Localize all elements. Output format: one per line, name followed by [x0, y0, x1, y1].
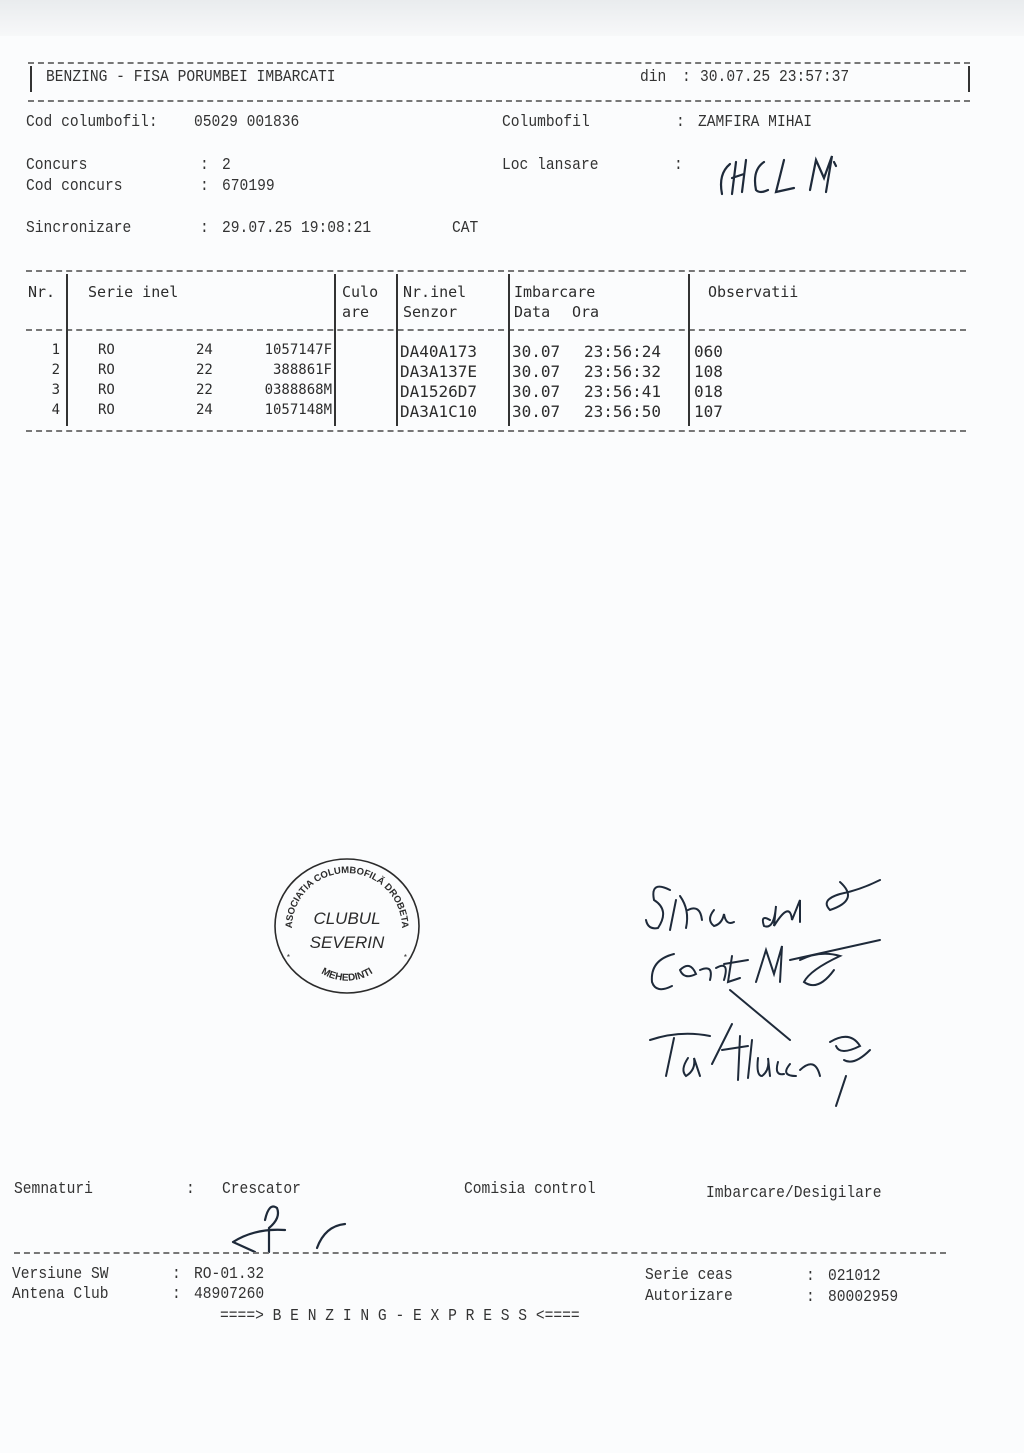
- columbofil-label: Columbofil: [502, 113, 590, 132]
- sincronizare-sep: :: [200, 219, 209, 238]
- th-culoare: Culo: [342, 283, 378, 301]
- th-serie-inel: Serie inel: [88, 283, 178, 301]
- benzing-express-banner: ====> B E N Z I N G - E X P R E S S <===…: [220, 1307, 580, 1326]
- loc-lansare-sep: :: [674, 156, 683, 175]
- loc-lansare-handwritten: [712, 150, 912, 200]
- cell-year: 22: [196, 362, 220, 378]
- cell-ora: 23:56:50: [584, 402, 688, 421]
- columbofil-sep: :: [676, 113, 685, 132]
- antena-sep: :: [172, 1285, 181, 1304]
- antena-label: Antena Club: [12, 1285, 109, 1304]
- cell-data: 30.07: [512, 402, 572, 421]
- scan-top-edge: [0, 0, 1024, 36]
- cell-sensor: DA3A137E: [400, 362, 504, 381]
- loc-lansare-label: Loc lansare: [502, 156, 599, 175]
- cell-ora: 23:56:24: [584, 342, 688, 361]
- versiune-value: RO-01.32: [194, 1265, 264, 1284]
- svg-text:MEHEDINTI: MEHEDINTI: [319, 966, 374, 984]
- header-bottom-border: [28, 100, 970, 102]
- cell-ring: 388861F: [226, 362, 332, 378]
- header-top-border: [28, 62, 970, 64]
- cell-obs: 060: [694, 342, 754, 361]
- th-ora: Ora: [572, 303, 599, 321]
- cell-country: RO: [98, 342, 138, 358]
- autorizare-value: 80002959: [828, 1288, 898, 1307]
- header-date-value: 30.07.25 23:57:37: [700, 68, 849, 87]
- versiune-label: Versiune SW: [12, 1265, 109, 1284]
- table-header-border: [26, 329, 966, 331]
- cell-nr: 4: [36, 402, 60, 418]
- cell-sensor: DA1526D7: [400, 382, 504, 401]
- document-title: BENZING - FISA PORUMBEI IMBARCATI: [46, 68, 336, 87]
- serie-ceas-label: Serie ceas: [645, 1266, 733, 1285]
- sincronizare-tz: CAT: [452, 219, 478, 238]
- cell-sensor: DA3A1C10: [400, 402, 504, 421]
- cell-nr: 3: [36, 382, 60, 398]
- versiune-sep: :: [172, 1265, 181, 1284]
- cell-obs: 107: [694, 402, 754, 421]
- th-imbarcare: Imbarcare: [514, 283, 595, 301]
- autorizare-sep: :: [806, 1288, 815, 1307]
- concurs-label: Concurs: [26, 156, 87, 175]
- cell-ora: 23:56:41: [584, 382, 688, 401]
- table-bottom-border: [26, 430, 966, 432]
- cod-columbofil-label: Cod columbofil:: [26, 113, 158, 132]
- cell-ring: 1057148M: [226, 402, 332, 418]
- cod-concurs-sep: :: [200, 177, 209, 196]
- col-divider: [396, 274, 398, 426]
- col-divider: [66, 274, 68, 426]
- cod-concurs-value: 670199: [222, 177, 275, 196]
- col-divider: [688, 274, 690, 426]
- cell-sensor: DA40A173: [400, 342, 504, 361]
- cell-year: 24: [196, 402, 220, 418]
- cell-year: 24: [196, 342, 220, 358]
- concurs-value: 2: [222, 156, 231, 175]
- stamp-ring-bottom: MEHEDINTI: [319, 966, 374, 984]
- th-culoare-2: are: [342, 303, 369, 321]
- cell-nr: 1: [36, 342, 60, 358]
- cell-nr: 2: [36, 362, 60, 378]
- stamp-line2: SEVERIN: [310, 933, 385, 952]
- footer-divider: [14, 1252, 946, 1254]
- col-divider: [508, 274, 510, 426]
- semnaturi-sep: :: [186, 1180, 195, 1199]
- cell-country: RO: [98, 402, 138, 418]
- th-senzor: Senzor: [403, 303, 457, 321]
- cell-obs: 018: [694, 382, 754, 401]
- club-stamp: ASOCIATIA COLUMBOFILĂ DROBETA MEHEDINTI …: [272, 856, 422, 996]
- antena-value: 48907260: [194, 1285, 264, 1304]
- semnaturi-label: Semnaturi: [14, 1180, 93, 1199]
- concurs-sep: :: [200, 156, 209, 175]
- serie-ceas-value: 021012: [828, 1267, 881, 1286]
- autorizare-label: Autorizare: [645, 1287, 733, 1306]
- imbarcare-desigilare-label: Imbarcare/Desigilare: [706, 1184, 881, 1203]
- th-nr-inel: Nr.inel: [403, 283, 466, 301]
- cell-data: 30.07: [512, 382, 572, 401]
- cell-year: 22: [196, 382, 220, 398]
- commission-signatures: [640, 870, 960, 1110]
- header-date-sep: :: [682, 68, 691, 87]
- crescator-label: Crescator: [222, 1180, 301, 1199]
- svg-text:*: *: [286, 954, 291, 963]
- comisia-control-label: Comisia control: [464, 1180, 596, 1199]
- cell-country: RO: [98, 362, 138, 378]
- svg-text:*: *: [403, 954, 408, 963]
- stamp-line1: CLUBUL: [313, 909, 380, 928]
- sincronizare-value: 29.07.25 19:08:21: [222, 219, 371, 238]
- crescator-signature: [225, 1198, 355, 1258]
- col-divider: [334, 274, 336, 426]
- columbofil-value: ZAMFIRA MIHAI: [698, 113, 812, 132]
- cell-ring: 0388868M: [226, 382, 332, 398]
- serie-ceas-sep: :: [806, 1267, 815, 1286]
- cod-concurs-label: Cod concurs: [26, 177, 123, 196]
- header-left-border: [30, 66, 32, 92]
- sincronizare-label: Sincronizare: [26, 219, 131, 238]
- cell-obs: 108: [694, 362, 754, 381]
- cod-columbofil-value: 05029 001836: [194, 113, 299, 132]
- header-right-border: [968, 66, 970, 92]
- cell-ora: 23:56:32: [584, 362, 688, 381]
- header-date-label: din: [640, 68, 666, 87]
- cell-data: 30.07: [512, 362, 572, 381]
- th-observatii: Observatii: [708, 283, 798, 301]
- th-data: Data: [514, 303, 550, 321]
- cell-ring: 1057147F: [226, 342, 332, 358]
- cell-data: 30.07: [512, 342, 572, 361]
- cell-country: RO: [98, 382, 138, 398]
- table-top-border: [26, 270, 966, 272]
- th-nr: Nr.: [28, 283, 55, 301]
